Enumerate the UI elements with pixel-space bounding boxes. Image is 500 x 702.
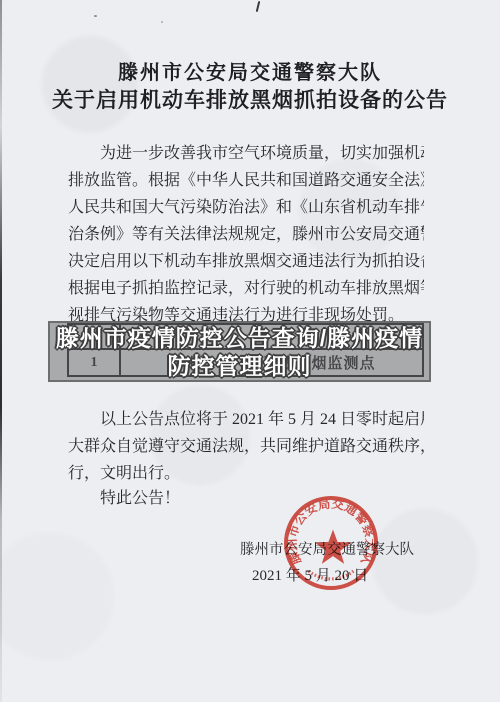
promo-overlay-banner[interactable]: 滕州市疫情防控公告查询/滕州疫情 防控管理细则 — [48, 321, 431, 382]
scan-edge-artifact — [0, 0, 2, 702]
document-page: 滕州市公安局交通警察大队 关于启用机动车排放黑烟抓拍设备的公告 为进一步改善我市… — [0, 0, 500, 702]
paragraph-line: 为进一步改善我市空气环境质量，切实加强机动车尾气 — [68, 140, 424, 167]
seal-star-icon — [315, 530, 351, 564]
scan-speck — [94, 15, 97, 17]
seal-code-marks — [309, 571, 354, 579]
paragraph-1: 为进一步改善我市空气环境质量，切实加强机动车尾气 排放监管。根据《中华人民共和国… — [68, 140, 424, 329]
paragraph-line: 根据电子抓拍监控记录，对行驶的机动车排放黑烟等明显可 — [68, 275, 424, 302]
closing-statement: 特此公告！ — [68, 485, 180, 508]
paragraph-line: 治条例》等有关法律法规规定，滕州市公安局交通警察大队 — [68, 221, 424, 248]
scan-speck — [161, 21, 163, 23]
paragraph-line: 大群众自觉遵守交通法规，共同维护道路交通秩序，安全出 — [68, 433, 424, 460]
page-title-line-2: 关于启用机动车排放黑烟抓拍设备的公告 — [0, 84, 500, 114]
paragraph-line: 排放监管。根据《中华人民共和国道路交通安全法》、《中华 — [68, 167, 424, 194]
paragraph-line: 人民共和国大气污染防治法》和《山东省机动车排气污染防 — [68, 194, 424, 221]
paragraph-line: 决定启用以下机动车排放黑烟交通违法行为抓拍设备， 将 — [68, 248, 424, 275]
paragraph-2: 以上公告点位将于 2021 年 5 月 24 日零时起启用。望广 大群众自觉遵守… — [68, 406, 424, 487]
paragraph-line: 行，文明出行。 — [68, 460, 424, 487]
scan-mark — [256, 1, 261, 12]
overlay-banner-line-2: 防控管理细则 — [168, 352, 312, 380]
official-seal: 滕州市公安局交通警察大队 — [275, 486, 387, 598]
page-title-line-1: 滕州市公安局交通警察大队 — [0, 56, 500, 85]
paragraph-line: 以上公告点位将于 2021 年 5 月 24 日零时起启用。望广 — [68, 406, 424, 433]
overlay-banner-line-1: 滕州市疫情防控公告查询/滕州疫情 — [56, 324, 423, 352]
